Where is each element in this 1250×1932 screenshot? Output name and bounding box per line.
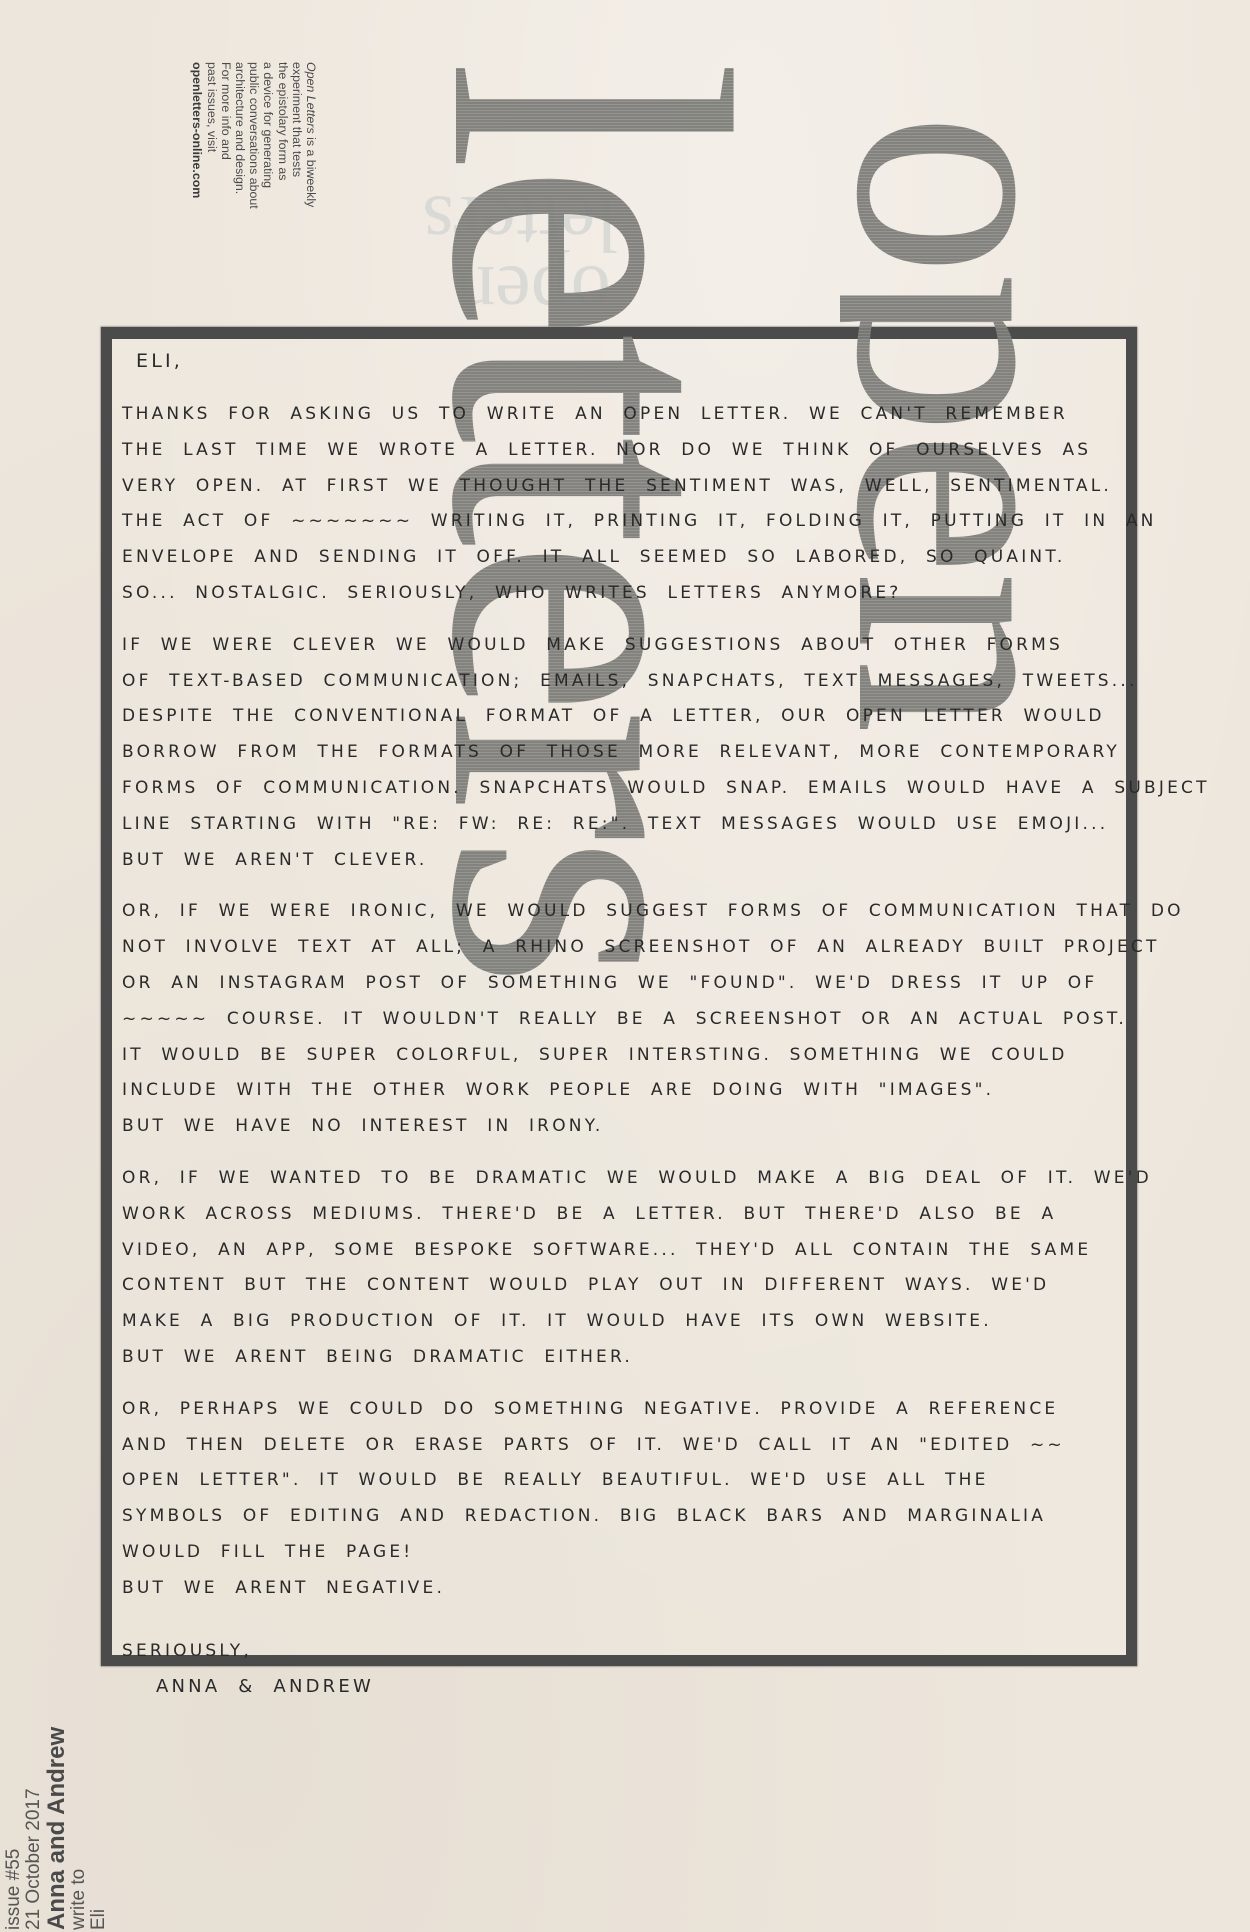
- letter-line: The act of ~~~~~~~ writing it, printing …: [122, 504, 1112, 540]
- issue-number: issue #55: [4, 1727, 24, 1930]
- paragraph-4: Or, if we wanted to be dramatic we would…: [122, 1161, 1112, 1376]
- letter-line: Despite the conventional format of a let…: [122, 699, 1112, 735]
- letter-line: borrow from the formats of those more re…: [122, 735, 1112, 771]
- issue-authors: Anna and Andrew: [44, 1727, 69, 1930]
- closing: Seriously,: [122, 1633, 1112, 1669]
- letter-line: ~~~~~ course. It wouldn't really be a sc…: [122, 1002, 1112, 1038]
- letter-line: symbols of editing and redaction. Big bl…: [122, 1499, 1112, 1535]
- paragraph-1: Thanks for asking us to write an open le…: [122, 397, 1112, 612]
- letter-line: But we have no interest in irony.: [122, 1109, 1112, 1145]
- letter-line: But we arent being dramatic either.: [122, 1340, 1112, 1376]
- colophon-line: experiment that tests: [289, 62, 303, 232]
- signature: Anna & Andrew: [122, 1669, 1112, 1705]
- paragraph-3: Or, if we were ironic, we would suggest …: [122, 894, 1112, 1145]
- letter-line: But we arent negative.: [122, 1571, 1112, 1607]
- letter-line: forms of communication. Snapchats would …: [122, 771, 1112, 807]
- colophon-line: past issues, visit: [204, 62, 218, 232]
- letter-line: But we aren't clever.: [122, 843, 1112, 879]
- colophon-line: a device for generating: [261, 62, 275, 232]
- signoff: Seriously, Anna & Andrew: [122, 1633, 1112, 1705]
- letter-line: line starting with "RE: FW: RE: RE:". Te…: [122, 807, 1112, 843]
- letter-line: not involve text at all; a Rhino screens…: [122, 930, 1112, 966]
- letter-line: very open. At first we thought the senti…: [122, 469, 1112, 505]
- letter-line: work across mediums. There'd be a letter…: [122, 1197, 1112, 1233]
- paragraph-5: Or, perhaps we could do something negati…: [122, 1392, 1112, 1607]
- letter-line: make a big production of it. It would ha…: [122, 1304, 1112, 1340]
- letter-line: video, an app, some bespoke software... …: [122, 1233, 1112, 1269]
- letter-line: Thanks for asking us to write an open le…: [122, 397, 1112, 433]
- letter-line: of text-based communication; emails, sna…: [122, 664, 1112, 700]
- letter-line: Or, perhaps we could do something negati…: [122, 1392, 1112, 1428]
- letter-line: content but the content would play out i…: [122, 1268, 1112, 1304]
- letter-line: would fill the page!: [122, 1535, 1112, 1571]
- colophon-text: Open Letters is a biweekly experiment th…: [190, 62, 318, 232]
- letter-line: or an Instagram post of something we "fo…: [122, 966, 1112, 1002]
- letter-body: Eli, Thanks for asking us to write an op…: [122, 345, 1112, 1705]
- letter-line: and then delete or erase parts of it. We…: [122, 1428, 1112, 1464]
- letter-line: It would be super colorful, super inters…: [122, 1038, 1112, 1074]
- letter-line: open letter". It would be really beautif…: [122, 1463, 1112, 1499]
- colophon-line: is a biweekly: [304, 134, 318, 208]
- letter-line: So... nostalgic. Seriously, who writes l…: [122, 576, 1112, 612]
- issue-info: issue #55 21 October 2017 Anna and Andre…: [4, 1727, 109, 1930]
- letter-line: include with the other work people are d…: [122, 1073, 1112, 1109]
- website-link[interactable]: openletters-online.com: [190, 62, 204, 232]
- letter-line: envelope and sending it off. It all seem…: [122, 540, 1112, 576]
- colophon-line: public conversations about: [247, 62, 261, 232]
- issue-date: 21 October 2017: [24, 1727, 44, 1930]
- letter-line: If we were clever we would make suggesti…: [122, 628, 1112, 664]
- issue-verb: write to: [69, 1727, 89, 1930]
- letter-line: Or, if we were ironic, we would suggest …: [122, 894, 1112, 930]
- letter-line: Or, if we wanted to be dramatic we would…: [122, 1161, 1112, 1197]
- colophon-line: architecture and design.: [233, 62, 247, 232]
- issue-recipient: Eli: [89, 1727, 109, 1930]
- colophon-line: the epistolary form as: [275, 62, 289, 232]
- letter-line: the last time we wrote a letter. Nor do …: [122, 433, 1112, 469]
- colophon-line: For more info and: [218, 62, 232, 232]
- paragraph-2: If we were clever we would make suggesti…: [122, 628, 1112, 879]
- colophon-brand: Open Letters: [304, 62, 318, 134]
- salutation: Eli,: [136, 345, 1112, 377]
